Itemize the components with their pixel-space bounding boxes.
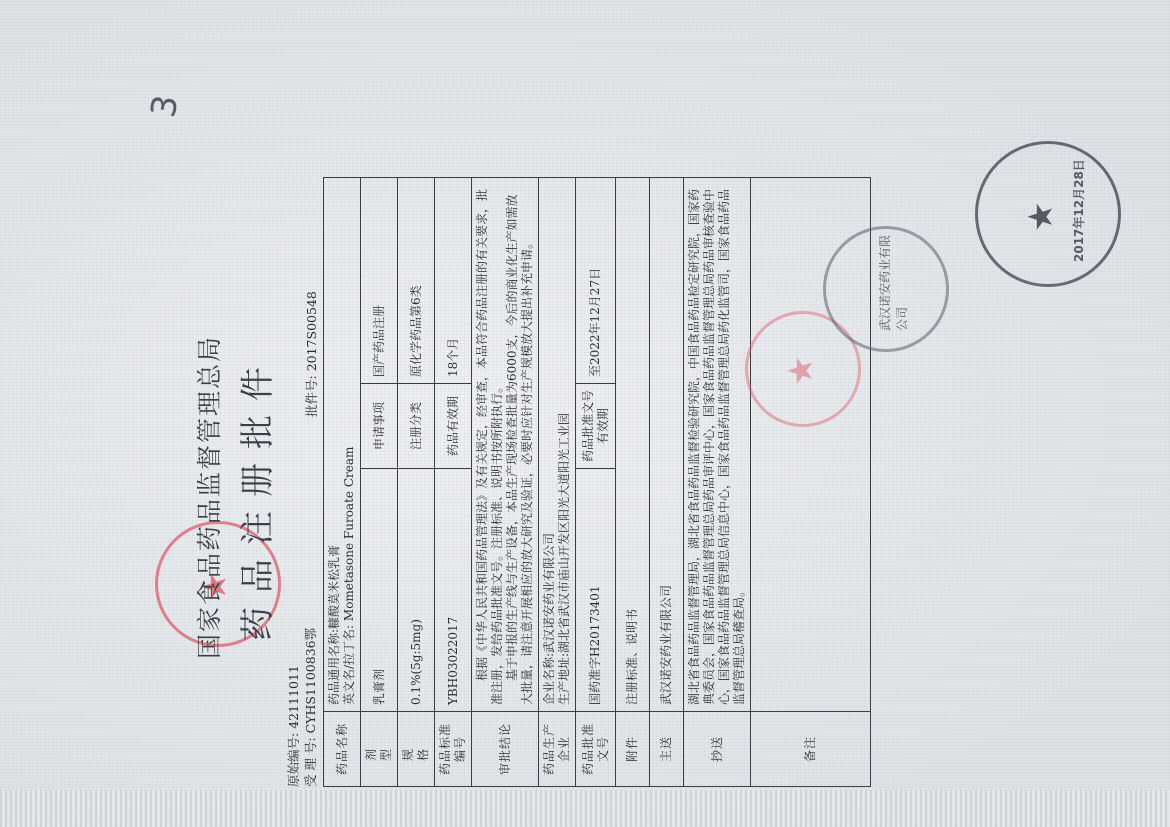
production-address-label: 生产地址: [557, 653, 571, 705]
conclusion-label: 审批结论 [472, 712, 539, 787]
approval-no-label: 批件号: [304, 375, 319, 417]
table-row: 药品标准编号 YBH03022017 药品有效期 18个月 [435, 178, 472, 787]
approval-no: 2017S00548 [304, 291, 319, 371]
drug-name-cell: 药品通用名称:糠酸莫米松乳膏 英文名/拉丁名: Mometasone Furoa… [324, 178, 361, 712]
generic-name: 糠酸莫米松乳膏 [327, 545, 341, 629]
acceptance-no: CYHS1100836鄂 [303, 628, 318, 733]
table-row: 附件 注册标准、说明书 [616, 178, 650, 787]
star-icon: ★ [1024, 202, 1058, 232]
application-item-label: 申请事项 [361, 384, 398, 469]
star-icon: ★ [784, 356, 818, 386]
remarks-label: 备注 [751, 712, 871, 787]
conclusion-paragraph-1: 根据《中华人民共和国药品管理法》及有关规定，经审查，本品符合药品注册的有关要求，… [475, 184, 505, 705]
meta-left: 原始编号: 42111011 受 理 号: CYHS1100836鄂 [285, 628, 319, 787]
production-address: 湖北省武汉市庙山开发区阳光大道阳光工业园 [557, 413, 571, 653]
approval-document: 3 ★ 国家食品药品监督管理总局 药品注册批件 原始编号: 42111011 受… [155, 187, 1115, 807]
table-row: 抄送 湖北省食品药品监督管理局，湖北省食品药品监督检验研究院，中国食品药品检定研… [684, 178, 751, 787]
document-title: 药品注册批件 [230, 297, 279, 697]
attachments-label: 附件 [616, 712, 650, 787]
approval-validity: 至2022年12月27日 [576, 178, 616, 384]
issuing-organization: 国家食品药品监督管理总局 [190, 297, 226, 697]
approval-doc-no: 国药准字H20173401 [576, 469, 616, 712]
english-name-label: 英文名/拉丁名: [342, 625, 356, 705]
registration-table: 药品名称 药品通用名称:糠酸莫米松乳膏 英文名/拉丁名: Mometasone … [323, 177, 871, 787]
validity-label: 药品有效期 [435, 384, 472, 469]
generic-name-label: 药品通用名称: [327, 629, 341, 705]
dosage-form: 乳膏剂 [361, 469, 398, 712]
manufacturer-label: 药品生产企业 [539, 712, 576, 787]
company-name: 武汉诺安药业有限公司 [542, 533, 556, 653]
original-no-label: 原始编号: [286, 733, 301, 787]
acceptance-no-label: 受 理 号: [303, 737, 318, 787]
main-recipient: 武汉诺安药业有限公司 [650, 178, 684, 712]
attachments: 注册标准、说明书 [616, 178, 650, 712]
cc-label: 抄送 [684, 712, 751, 787]
english-name: Mometasone Furoate Cream [342, 447, 356, 621]
table-row: 药品名称 药品通用名称:糠酸莫米松乳膏 英文名/拉丁名: Mometasone … [324, 178, 361, 787]
manufacturer-cell: 企业名称:武汉诺安药业有限公司 生产地址:湖北省武汉市庙山开发区阳光大道阳光工业… [539, 178, 576, 712]
conclusion-cell: 根据《中华人民共和国药品管理法》及有关规定，经审查，本品符合药品注册的有关要求，… [472, 178, 539, 712]
company-stamp: 武汉诺安药业有限公司 [823, 226, 949, 352]
spec-label: 规 格 [398, 712, 435, 787]
meta-right: 批件号: 2017S00548 [302, 291, 320, 417]
company-stamp-text: 武汉诺安药业有限公司 [876, 229, 910, 331]
cc: 湖北省食品药品监督管理局，湖北省食品药品监督检验研究院，中国食品药品检定研究院，… [684, 178, 751, 712]
stamp-date: 2017年12月28日 [1070, 159, 1087, 262]
reg-class-label: 注册分类 [398, 384, 435, 469]
table-row: 规 格 0.1%(5g:5mg) 注册分类 原化学药品第6类 [398, 178, 435, 787]
date-official-stamp: ★ 2017年12月28日 [975, 141, 1121, 287]
table-row: 剂 型 乳膏剂 申请事项 国产药品注册 [361, 178, 398, 787]
reg-class: 原化学药品第6类 [398, 178, 435, 384]
dosage-form-label: 剂 型 [361, 712, 398, 787]
table-row: 药品生产企业 企业名称:武汉诺安药业有限公司 生产地址:湖北省武汉市庙山开发区阳… [539, 178, 576, 787]
approval-validity-label: 药品批准文号有效期 [576, 384, 616, 469]
application-item: 国产药品注册 [361, 178, 398, 384]
approval-doc-label: 药品批准文号 [576, 712, 616, 787]
standard-no-label: 药品标准编号 [435, 712, 472, 787]
drug-name-label: 药品名称 [324, 712, 361, 787]
table-row: 主送 武汉诺安药业有限公司 [650, 178, 684, 787]
original-no: 42111011 [286, 665, 301, 729]
conclusion-paragraph-2: 基于申报的生产线与生产设备，本品生产现场检查批量为6000支，今后的商业化生产如… [505, 184, 535, 705]
standard-no: YBH03022017 [435, 469, 472, 712]
table-row: 药品批准文号 国药准字H20173401 药品批准文号有效期 至2022年12月… [576, 178, 616, 787]
company-name-label: 企业名称: [542, 653, 556, 705]
spec: 0.1%(5g:5mg) [398, 469, 435, 712]
validity: 18个月 [435, 178, 472, 384]
main-recipient-label: 主送 [650, 712, 684, 787]
table-row: 审批结论 根据《中华人民共和国药品管理法》及有关规定，经审查，本品符合药品注册的… [472, 178, 539, 787]
